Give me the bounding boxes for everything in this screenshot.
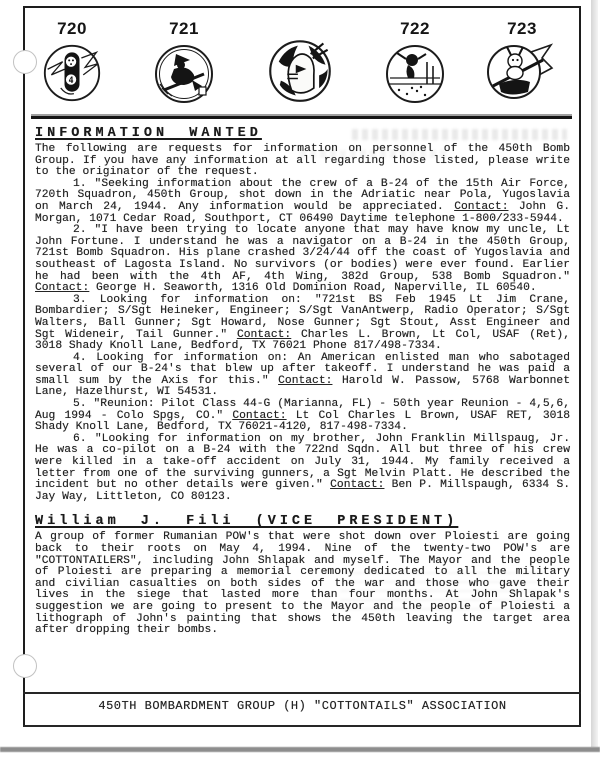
paragraph: 4. Looking for information on: An Americ… — [35, 353, 570, 399]
squadron-number-722: 722 — [385, 19, 445, 39]
paragraph: 1. "Seeking information about the crew o… — [35, 179, 570, 225]
page-border-left — [23, 6, 25, 658]
paragraph-text: 2. "I have been trying to locate anyone … — [35, 224, 570, 282]
contact-label: Contact: — [232, 410, 286, 422]
paragraph: A group of former Rumanian POW's that we… — [35, 532, 570, 636]
association-footer: 450TH BOMBARDMENT GROUP (H) "COTTONTAILS… — [35, 699, 570, 713]
paragraph: 5. "Reunion: Pilot Class 44-G (Marianna,… — [35, 399, 570, 434]
scan-edge-shadow-bottom — [0, 747, 600, 752]
paragraph: 3. Looking for information on: "721st BS… — [35, 295, 570, 353]
721st-squadron-witch-rider-emblem-icon — [152, 42, 216, 111]
masthead-divider-rule — [31, 114, 572, 119]
squadron-number-723: 723 — [492, 19, 552, 39]
paragraph: 2. "I have been trying to locate anyone … — [35, 225, 570, 295]
paragraph: 6. "Looking for information on my brothe… — [35, 434, 570, 504]
binder-notch-artifact — [13, 50, 37, 74]
section-heading: William J. Fili (VICE PRESIDENT) — [35, 514, 570, 529]
page-curl-artifact — [13, 654, 37, 678]
scanned-newsletter-page: 720 721 722 723 4 — [0, 0, 600, 764]
contact-label: Contact: — [330, 479, 384, 491]
722nd-squadron-corral-scene-emblem-icon — [383, 42, 447, 111]
paragraph-text: A group of former Rumanian POW's that we… — [35, 531, 570, 636]
page-border-footer-stub — [23, 676, 25, 727]
paragraph-text: The following are requests for informati… — [35, 143, 570, 178]
squadron-number-721: 721 — [154, 19, 214, 39]
contact-label: Contact: — [454, 201, 508, 213]
section: INFORMATION WANTEDThe following are requ… — [35, 126, 570, 503]
paragraph-text: George H. Seaworth, 1316 Old Dominion Ro… — [89, 282, 536, 294]
squadron-number-720: 720 — [42, 19, 102, 39]
contact-label: Contact: — [237, 329, 291, 341]
contact-label: Contact: — [35, 282, 89, 294]
page-border-right — [579, 6, 581, 727]
contact-label: Contact: — [278, 375, 332, 387]
svg-text:4: 4 — [69, 75, 74, 85]
paragraph: The following are requests for informati… — [35, 144, 570, 179]
section-heading: INFORMATION WANTED — [35, 126, 570, 141]
footer-rule-top — [23, 692, 581, 694]
footer-rule-bottom — [23, 725, 581, 727]
section: William J. Fili (VICE PRESIDENT)A group … — [35, 514, 570, 636]
scan-edge-shadow-right — [591, 0, 598, 747]
720th-squadron-bomb-face-emblem-icon: 4 — [42, 42, 102, 109]
723rd-squadron-rabbit-bomb-emblem-icon — [482, 40, 558, 109]
content-sections: INFORMATION WANTEDThe following are requ… — [35, 126, 570, 637]
page-border-top — [23, 6, 581, 8]
450th-group-globe-knight-emblem-icon — [266, 35, 334, 110]
